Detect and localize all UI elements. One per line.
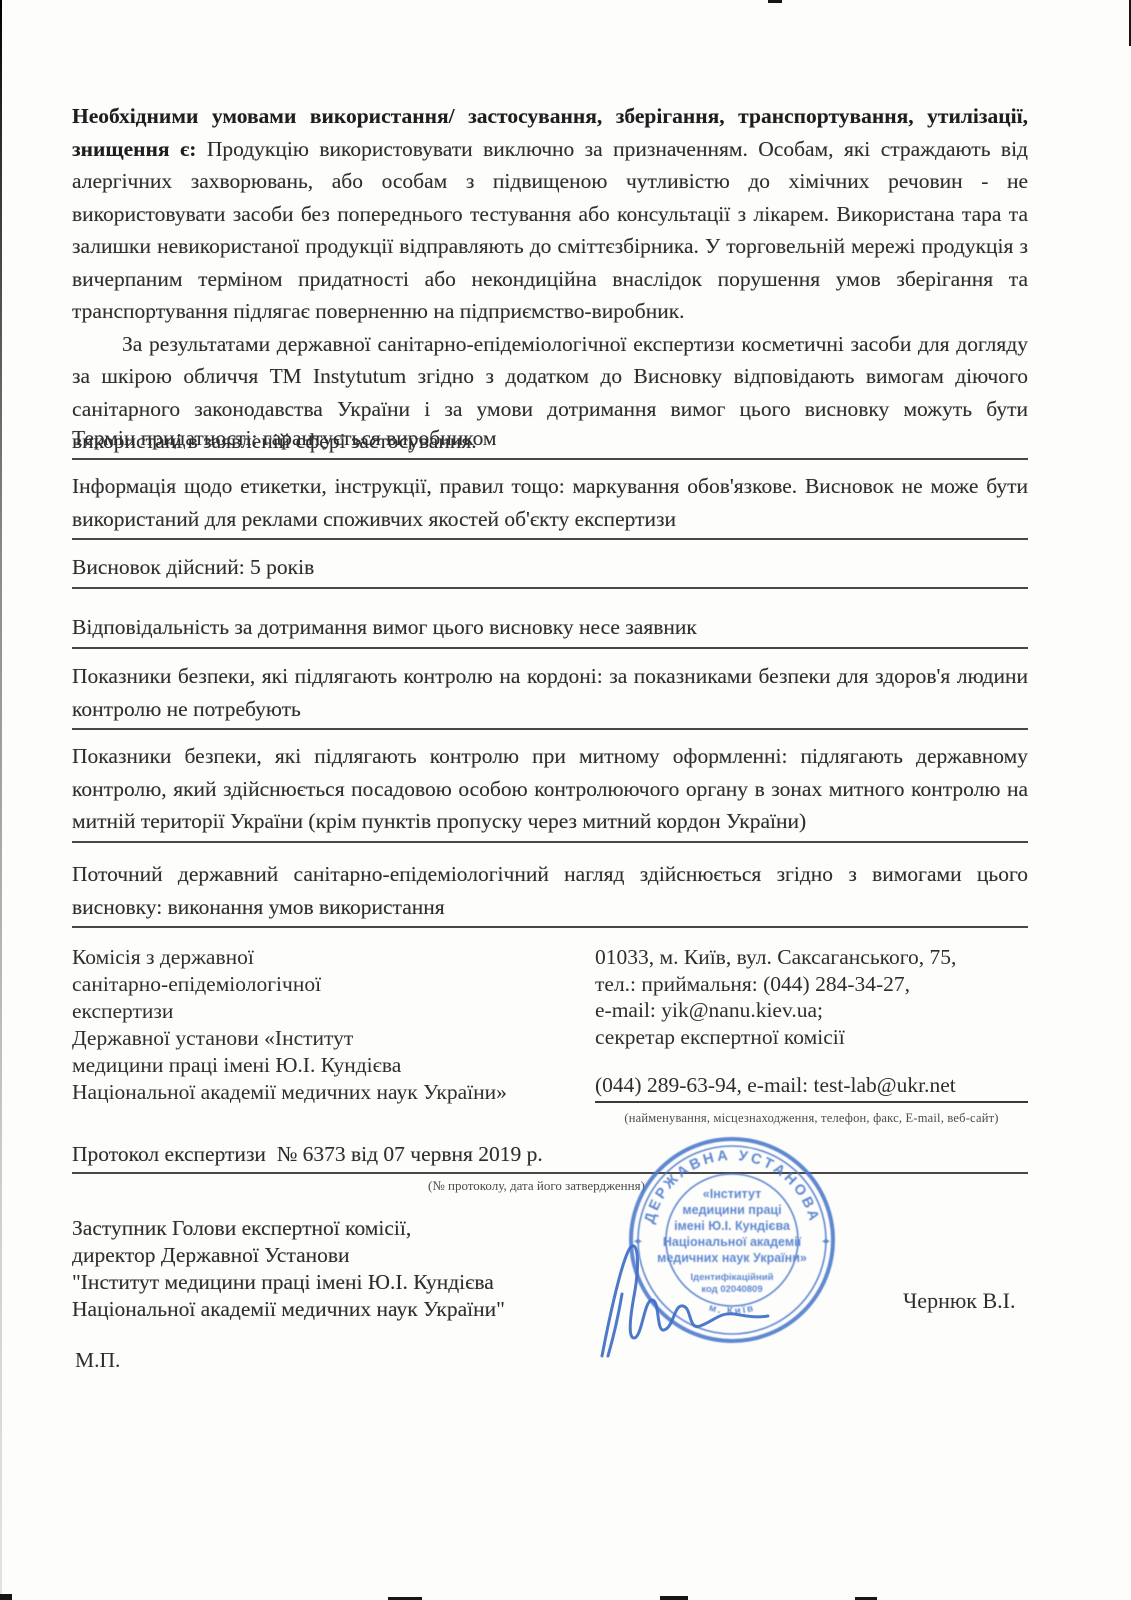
scan-artifact bbox=[768, 0, 782, 3]
svg-text:«Інститут: «Інститут bbox=[703, 1187, 761, 1201]
section-shelf-life: Термін придатності: гарантується виробни… bbox=[72, 422, 1028, 460]
signature-block: Заступник Голови експертної комісії, дир… bbox=[72, 1215, 672, 1323]
signatory-title-line: директор Державної Установи bbox=[72, 1242, 672, 1269]
address-line: секретар експертної комісії bbox=[595, 1024, 1028, 1051]
scan-artifact bbox=[660, 1596, 688, 1600]
signatory-title-line: "Інститут медицини праці імені Ю.І. Кунд… bbox=[72, 1269, 672, 1296]
section-labeling: Інформація щодо етикетки, інструкції, пр… bbox=[72, 470, 1028, 540]
svg-text:імені Ю.І. Кундієва: імені Ю.І. Кундієва bbox=[674, 1219, 791, 1233]
commission-line: медицини праці імені Ю.І. Кундієва bbox=[72, 1052, 595, 1079]
conditions-text: Необхідними умовами використання/ застос… bbox=[72, 100, 1028, 328]
signatory-title-line: Заступник Голови експертної комісії, bbox=[72, 1215, 672, 1242]
commission-line: експертизи bbox=[72, 998, 595, 1025]
protocol-caption: (№ протоколу, дата його затвердження) bbox=[428, 1178, 645, 1194]
commission-address: 01033, м. Київ, вул. Саксаганського, 75,… bbox=[595, 944, 1028, 1131]
address-line: тел.: приймальня: (044) 284-34-27, bbox=[595, 971, 1028, 998]
scanned-document-page: Необхідними умовами використання/ застос… bbox=[0, 0, 1131, 1600]
commission-line: Державної установи «Інститут bbox=[72, 1025, 595, 1052]
section-state-oversight: Поточний державний санітарно-епідеміолог… bbox=[72, 858, 1028, 928]
scan-artifact bbox=[0, 1594, 12, 1600]
section-customs-control: Показники безпеки, які підлягають контро… bbox=[72, 740, 1028, 843]
commission-line: Комісія з державної bbox=[72, 944, 595, 971]
paragraph-conditions: Необхідними умовами використання/ застос… bbox=[72, 100, 1028, 458]
signature-scribble-icon bbox=[588, 1234, 808, 1364]
address-line: 01033, м. Київ, вул. Саксаганського, 75, bbox=[595, 944, 1028, 971]
conditions-body: Продукцію використовувати виключно за пр… bbox=[72, 137, 1028, 324]
commission-name: Комісія з державної санітарно-епідеміоло… bbox=[72, 944, 595, 1131]
protocol-line: Протокол експертизи № 6373 від 07 червня… bbox=[72, 1142, 1028, 1174]
commission-line: санітарно-епідеміологічної bbox=[72, 971, 595, 998]
section-border-control: Показники безпеки, які підлягають контро… bbox=[72, 660, 1028, 730]
seal-placeholder: М.П. bbox=[75, 1348, 120, 1373]
commission-block: Комісія з державної санітарно-епідеміоло… bbox=[72, 944, 1028, 1131]
commission-line: Національної академії медичних наук Укра… bbox=[72, 1079, 595, 1106]
svg-text:✦: ✦ bbox=[821, 1235, 832, 1250]
section-responsibility: Відповідальність за дотримання вимог цьо… bbox=[72, 611, 1028, 649]
svg-text:медицини праці: медицини праці bbox=[682, 1203, 781, 1217]
signatory-title-line: Національної академії медичних наук Укра… bbox=[72, 1296, 672, 1323]
contact-caption: (найменування, місцезнаходження, телефон… bbox=[595, 1105, 1028, 1132]
address-line: e-mail: yik@nanu.kiev.ua; bbox=[595, 997, 1028, 1024]
contact-line: (044) 289-63-94, e-mail: test-lab@ukr.ne… bbox=[595, 1072, 1028, 1103]
scan-artifact-left-edge bbox=[0, 0, 2, 1600]
section-validity: Висновок дійсний: 5 років bbox=[72, 551, 1028, 589]
signatory-name: Чернюк В.І. bbox=[903, 1288, 1015, 1314]
